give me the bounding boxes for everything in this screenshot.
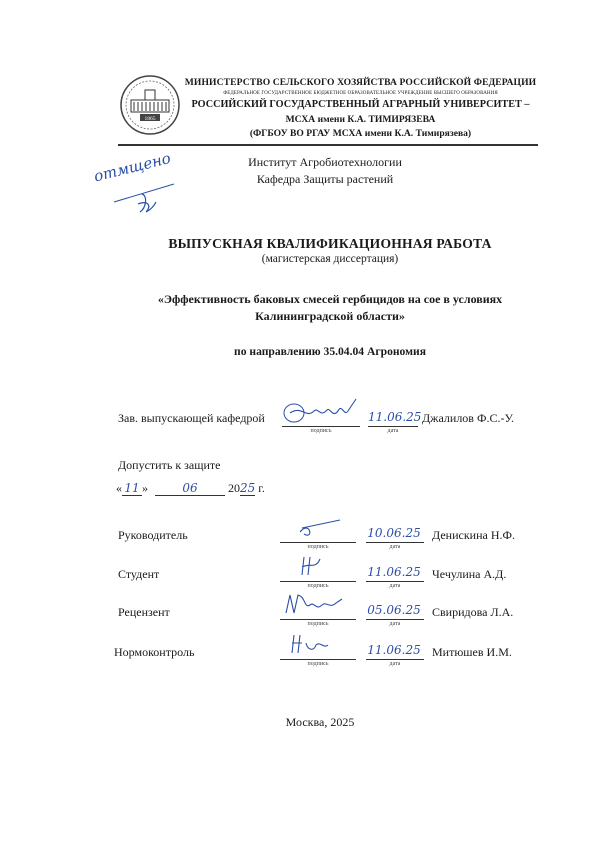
signature-line	[280, 542, 356, 543]
svg-text:1865: 1865	[145, 116, 156, 122]
date-caption: дата	[366, 544, 424, 550]
work-subtype: (магистерская диссертация)	[100, 253, 560, 265]
signature-line	[280, 659, 356, 660]
head-of-department-date: 11.06.25	[368, 410, 418, 424]
department-name: Кафедра Защиты растений	[200, 172, 450, 187]
head-of-department-label: Зав. выпускающей кафедрой	[118, 411, 265, 426]
signatory-date: 05.06.25	[364, 603, 424, 617]
topic-line-1: «Эффективность баковых смесей гербицидов…	[100, 292, 560, 307]
signature-caption: подпись	[280, 661, 356, 667]
signatory-role: Студент	[118, 567, 159, 582]
admission-year-suffix: 25	[240, 481, 255, 496]
university-abbreviation: (ФГБОУ ВО РГАУ МСХА имени К.А. Тимирязев…	[183, 128, 538, 139]
signature-caption: подпись	[280, 544, 356, 550]
date-caption: дата	[366, 661, 424, 667]
signatory-name: Чечулина А.Д.	[432, 567, 506, 582]
signature-caption: подпись	[282, 428, 360, 434]
head-of-department-name: Джалилов Ф.С.-У.	[422, 411, 514, 426]
signatory-signature	[280, 591, 358, 622]
signature-caption: подпись	[280, 583, 356, 589]
signature-line	[282, 426, 360, 427]
admission-year-unit: г.	[258, 481, 265, 495]
signatory-role: Руководитель	[118, 528, 188, 543]
signatory-date: 10.06.25	[364, 526, 424, 540]
margin-note-signature	[112, 180, 182, 225]
admission-date: «11» 06 2025 г.	[116, 481, 265, 496]
signatory-name: Свиридова Л.А.	[432, 605, 513, 620]
signatory-signature	[280, 631, 358, 662]
admission-month: 06	[155, 481, 225, 496]
signatory-role: Рецензент	[118, 605, 170, 620]
date-line	[368, 426, 418, 427]
signature-line	[280, 619, 356, 620]
signature-caption: подпись	[280, 621, 356, 627]
admission-label: Допустить к защите	[118, 458, 220, 473]
signatory-signature	[280, 553, 358, 584]
date-line	[366, 619, 424, 620]
signatory-date: 11.06.25	[364, 643, 424, 657]
signatory-role: Нормоконтроль	[114, 645, 194, 660]
date-caption: дата	[366, 621, 424, 627]
date-caption: дата	[368, 428, 418, 434]
admission-year-prefix: 20	[228, 481, 240, 495]
signatory-name: Митюшев И.М.	[432, 645, 512, 660]
university-honorific: МСХА имени К.А. ТИМИРЯЗЕВА	[183, 114, 538, 125]
ministry-name: МИНИСТЕРСТВО СЕЛЬСКОГО ХОЗЯЙСТВА РОССИЙС…	[183, 77, 538, 88]
city-year: Москва, 2025	[200, 715, 440, 730]
admission-day: 11	[122, 481, 142, 496]
university-emblem-icon: 1865	[119, 74, 181, 136]
university-name: РОССИЙСКИЙ ГОСУДАРСТВЕННЫЙ АГРАРНЫЙ УНИВ…	[183, 99, 538, 110]
institute-name: Институт Агробиотехнологии	[200, 155, 450, 170]
date-line	[366, 581, 424, 582]
study-direction: по направлению 35.04.04 Агрономия	[100, 345, 560, 358]
work-type-title: ВЫПУСКНАЯ КВАЛИФИКАЦИОННАЯ РАБОТА	[100, 236, 560, 252]
signature-line	[280, 581, 356, 582]
signatory-name: Денискина Н.Ф.	[432, 528, 515, 543]
date-caption: дата	[366, 583, 424, 589]
date-line	[366, 659, 424, 660]
date-line	[366, 542, 424, 543]
signatory-signature	[280, 514, 358, 545]
signatory-date: 11.06.25	[364, 565, 424, 579]
header-divider	[118, 144, 538, 146]
institution-type: ФЕДЕРАЛЬНОЕ ГОСУДАРСТВЕННОЕ БЮДЖЕТНОЕ ОБ…	[183, 91, 538, 96]
close-quote: »	[142, 481, 148, 495]
topic-line-2: Калининградской области»	[100, 309, 560, 324]
